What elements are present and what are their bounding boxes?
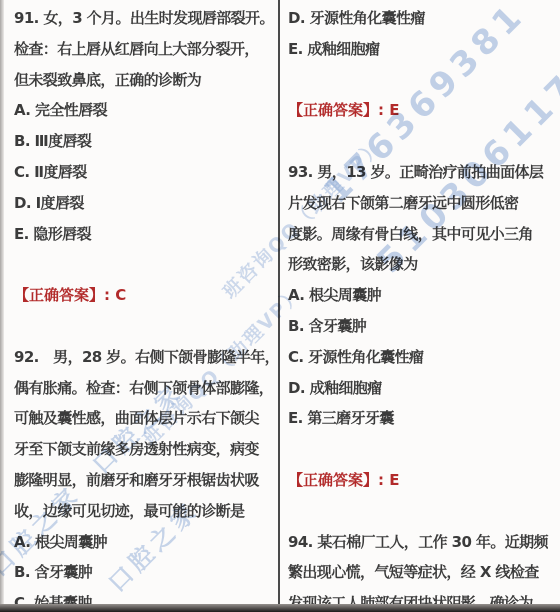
question-text-line: 收，边缘可见切迹，最可能的诊断是 bbox=[14, 496, 274, 527]
question-text-line: 繁出现心慌，气短等症状，经 X 线检查 bbox=[288, 557, 552, 588]
question-text-line: 93. 男，13 岁。正畸治疗前拍曲面体层 bbox=[288, 157, 552, 188]
option-line: D. 成釉细胞瘤 bbox=[288, 373, 552, 404]
question-text-line: 91. 女，3 个月。出生时发现唇部裂开。 bbox=[14, 3, 274, 34]
column-divider bbox=[278, 0, 280, 612]
left-column: 91. 女，3 个月。出生时发现唇部裂开。检查：右上唇从红唇向上大部分裂开，但未… bbox=[14, 3, 274, 612]
option-line: B. 含牙囊肿 bbox=[14, 557, 274, 588]
option-line: C. Ⅱ度唇裂 bbox=[14, 157, 274, 188]
option-line: A. 根尖周囊肿 bbox=[14, 527, 274, 558]
answer-line: 【正确答案】: E bbox=[288, 95, 552, 126]
question-text-line: 偶有胀痛。检查：右侧下颌骨体部膨隆， bbox=[14, 373, 274, 404]
question-text-line: 膨隆明显，前磨牙和磨牙牙根锯齿状吸 bbox=[14, 465, 274, 496]
option-line: A. 根尖周囊肿 bbox=[288, 280, 552, 311]
answer-line: 【正确答案】: E bbox=[288, 465, 552, 496]
option-line: D. Ⅰ度唇裂 bbox=[14, 188, 274, 219]
page-left-edge bbox=[0, 0, 4, 612]
option-line: E. 成釉细胞瘤 bbox=[288, 34, 552, 65]
question-text-line: 检查：右上唇从红唇向上大部分裂开， bbox=[14, 34, 274, 65]
option-line: D. 牙源性角化囊性瘤 bbox=[288, 3, 552, 34]
question-text-line: 可触及囊性感，曲面体层片示右下颌尖 bbox=[14, 403, 274, 434]
answer-line: 【正确答案】: C bbox=[14, 280, 274, 311]
option-line: A. 完全性唇裂 bbox=[14, 95, 274, 126]
page-bottom-edge bbox=[0, 604, 560, 612]
exam-answer-sheet-page: 91. 女，3 个月。出生时发现唇部裂开。检查：右上唇从红唇向上大部分裂开，但未… bbox=[0, 0, 560, 612]
question-text-line: 牙至下颌支前缘多房透射性病变，病变 bbox=[14, 434, 274, 465]
question-text-line: 但未裂致鼻底，正确的诊断为 bbox=[14, 65, 274, 96]
question-text-line: 94. 某石棉厂工人，工作 30 年。近期频 bbox=[288, 527, 552, 558]
option-line: B. Ⅲ度唇裂 bbox=[14, 126, 274, 157]
question-text-line: 形致密影，该影像为 bbox=[288, 249, 552, 280]
option-line: E. 第三磨牙牙囊 bbox=[288, 403, 552, 434]
question-text-line: 片发现右下颌第二磨牙远中圆形低密 bbox=[288, 188, 552, 219]
option-line: E. 隐形唇裂 bbox=[14, 219, 274, 250]
option-line: C. 牙源性角化囊性瘤 bbox=[288, 342, 552, 373]
right-column: D. 牙源性角化囊性瘤E. 成釉细胞瘤【正确答案】: E93. 男，13 岁。正… bbox=[288, 3, 552, 612]
question-text-line: 度影。周缘有骨白线，其中可见小三角 bbox=[288, 219, 552, 250]
question-text-line: 92. 男，28 岁。右侧下颌骨膨隆半年， bbox=[14, 342, 274, 373]
option-line: B. 含牙囊肿 bbox=[288, 311, 552, 342]
